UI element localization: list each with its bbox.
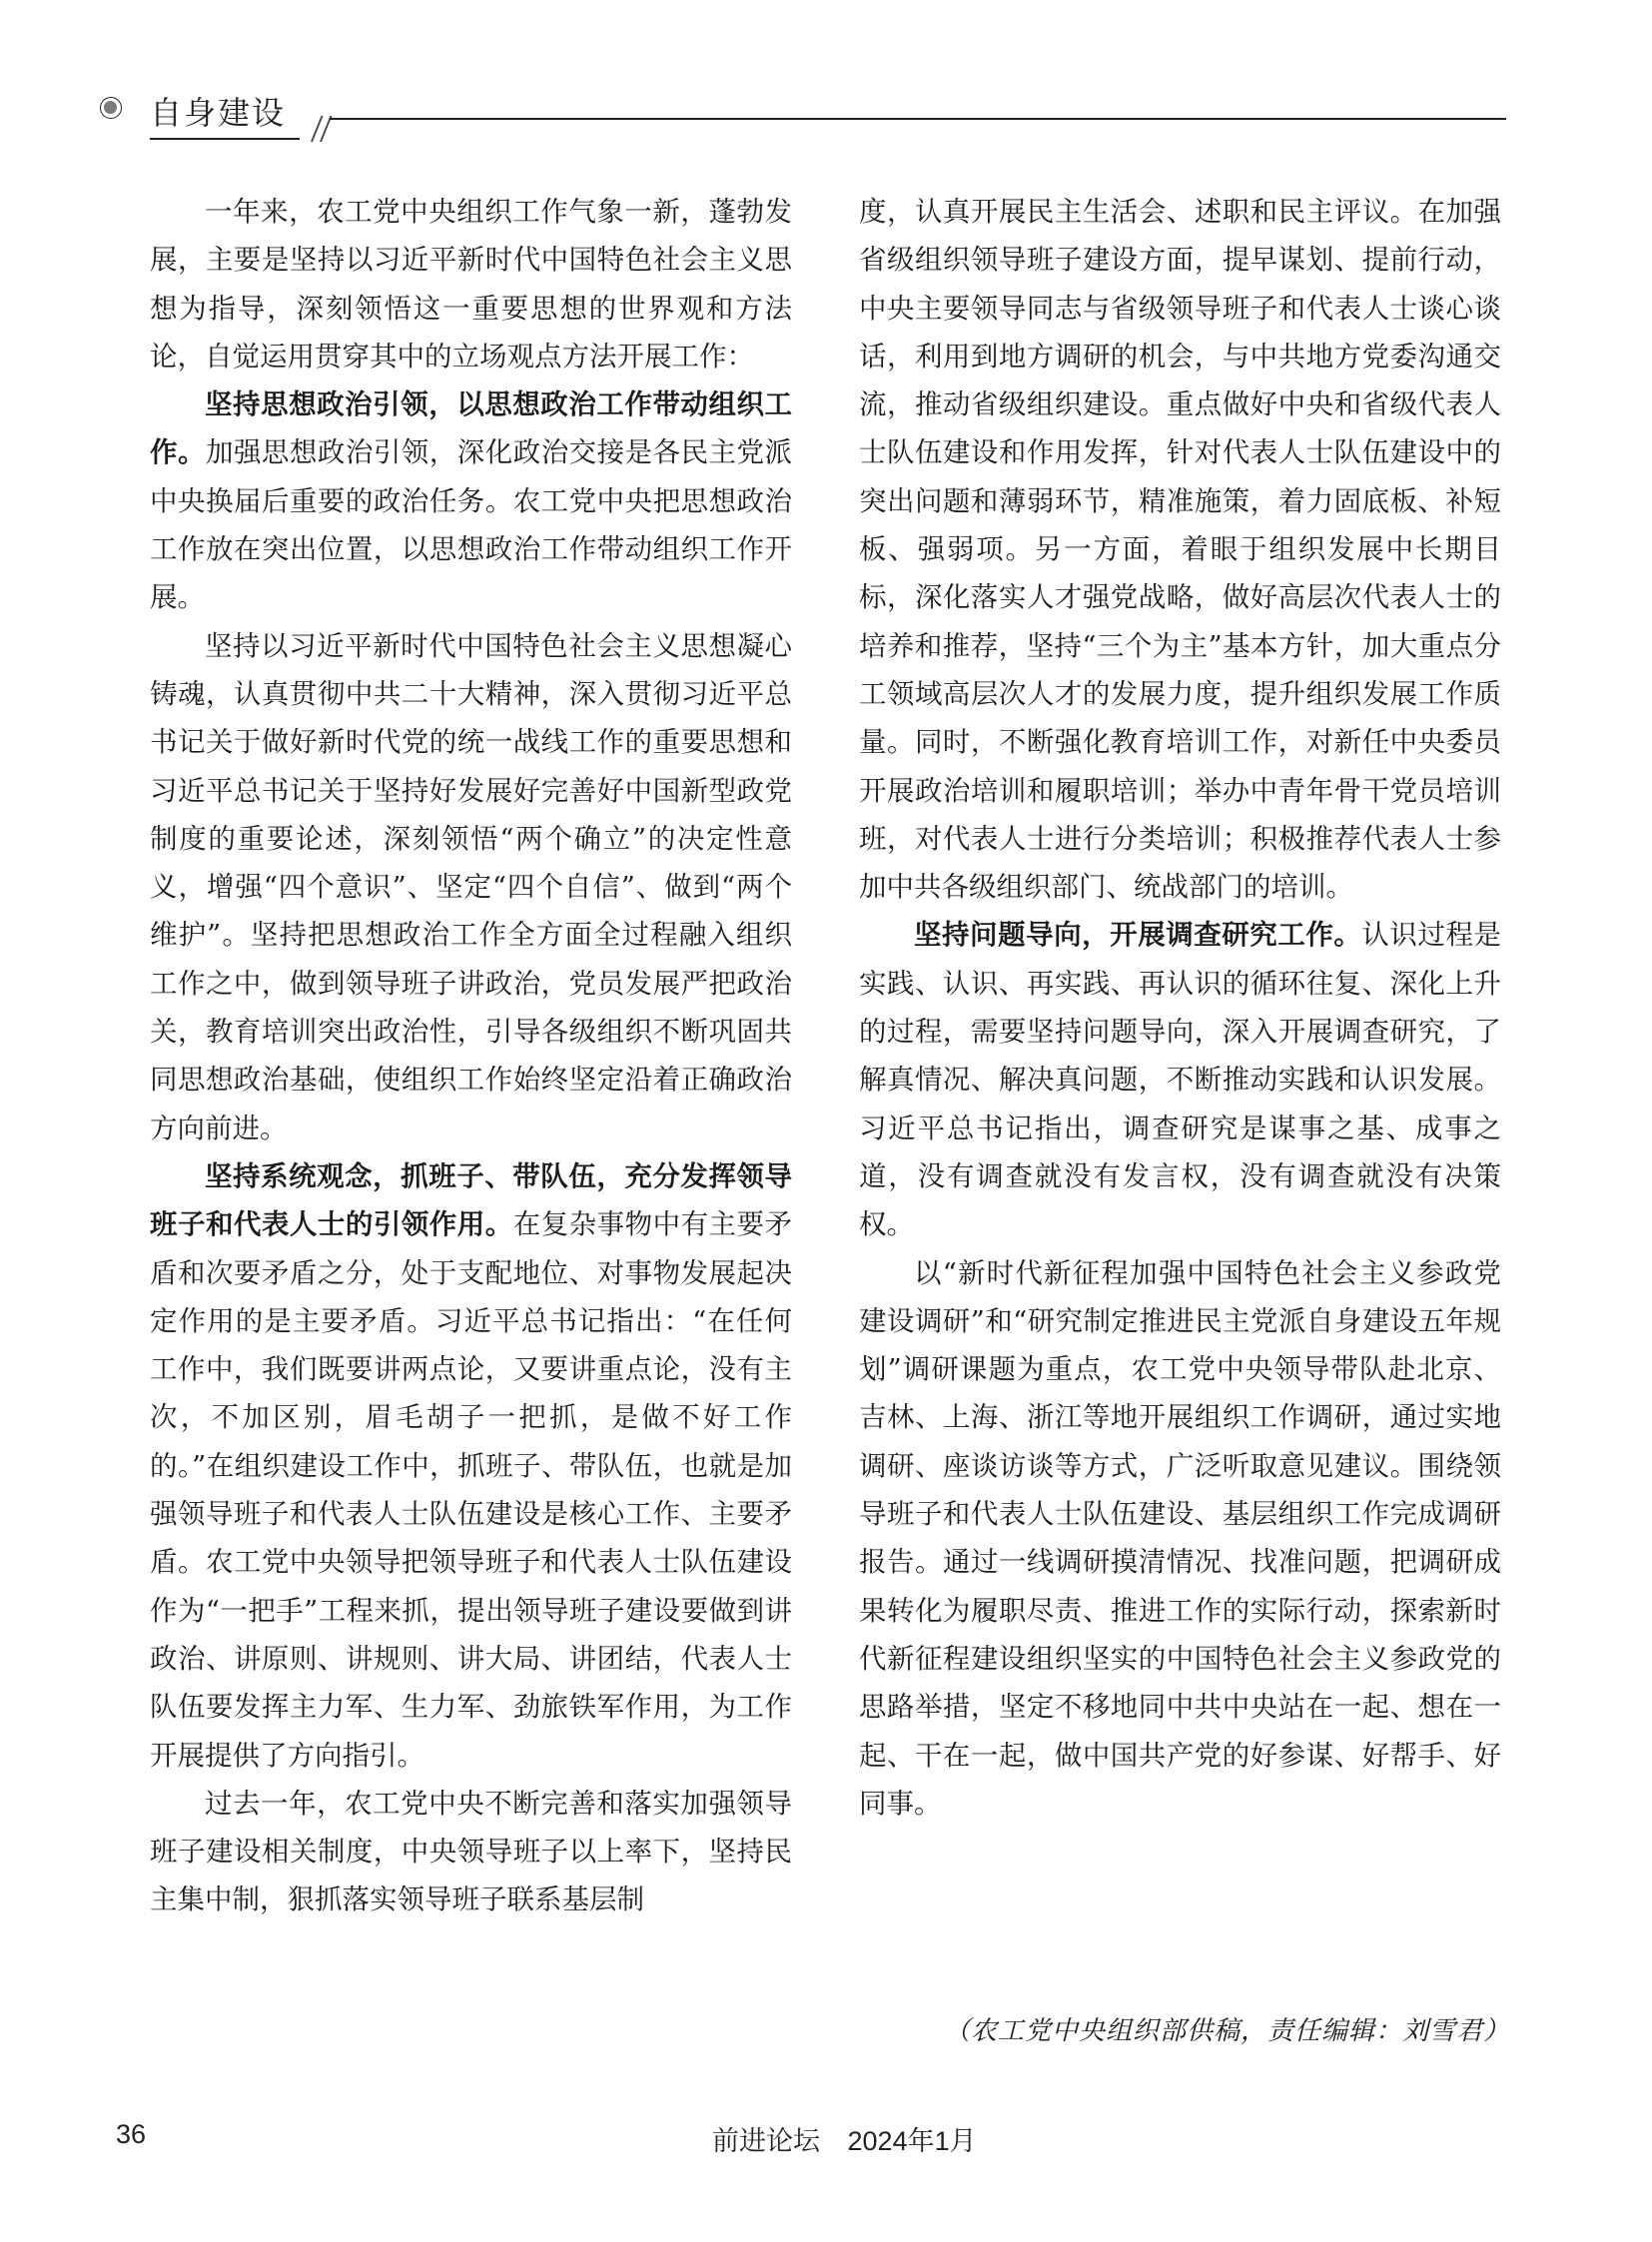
- paragraph-text: 以“新时代新征程加强中国特色社会主义参政党建设调研”和“研究制定推进民主党派自身…: [859, 1257, 1501, 1820]
- article-column-left: 一年来，农工党中央组织工作气象一新，蓬勃发展，主要是坚持以习近平新时代中国特色社…: [150, 188, 792, 1924]
- paragraph-text: 在复杂事物中有主要矛盾和次要矛盾之分，处于支配地位、对事物发展起决定作用的是主要…: [150, 1208, 792, 1771]
- paragraph: 坚持问题导向，开展调查研究工作。认识过程是实践、认识、再实践、再认识的循环往复、…: [859, 911, 1501, 1248]
- magazine-name: 前进论坛: [712, 2126, 820, 2156]
- article-column-right: 度，认真开展民主生活会、述职和民主评议。在加强省级组织领导班子建设方面，提早谋划…: [859, 188, 1501, 1828]
- page-number: 36: [116, 2119, 146, 2150]
- footer-publication: 前进论坛 2024年1月: [712, 2119, 977, 2158]
- paragraph: 度，认真开展民主生活会、述职和民主评议。在加强省级组织领导班子建设方面，提早谋划…: [859, 188, 1501, 911]
- page-header: 自身建设: [0, 0, 1652, 160]
- paragraph: 一年来，农工党中央组织工作气象一新，蓬勃发展，主要是坚持以习近平新时代中国特色社…: [150, 188, 792, 380]
- paragraph-text: 坚持以习近平新时代中国特色社会主义思想凝心铸魂，认真贯彻中共二十大精神，深入贯彻…: [150, 630, 792, 1144]
- paragraph-text: 一年来，农工党中央组织工作气象一新，蓬勃发展，主要是坚持以习近平新时代中国特色社…: [150, 196, 792, 373]
- paragraph: 坚持思想政治引领，以思想政治工作带动组织工作。加强思想政治引领，深化政治交接是各…: [150, 380, 792, 621]
- paragraph: 坚持以习近平新时代中国特色社会主义思想凝心铸魂，认真贯彻中共二十大精神，深入贯彻…: [150, 622, 792, 1152]
- section-title: 自身建设: [150, 88, 286, 134]
- paragraph-text: 度，认真开展民主生活会、述职和民主评议。在加强省级组织领导班子建设方面，提早谋划…: [859, 196, 1501, 903]
- paragraph-text: 过去一年，农工党中央不断完善和落实加强领导班子建设相关制度，中央领导班子以上率下…: [150, 1788, 792, 1916]
- section-bullet-icon: [100, 97, 122, 119]
- paragraph: 过去一年，农工党中央不断完善和落实加强领导班子建设相关制度，中央领导班子以上率下…: [150, 1780, 792, 1924]
- header-rule-long: [330, 118, 1506, 120]
- paragraph-text: 加强思想政治引领，深化政治交接是各民主党派中央换届后重要的政治任务。农工党中央把…: [150, 436, 792, 613]
- paragraph-lead: 坚持问题导向，开展调查研究工作。: [914, 919, 1361, 951]
- paragraph: 坚持系统观念，抓班子、带队伍，充分发挥领导班子和代表人士的引领作用。在复杂事物中…: [150, 1152, 792, 1780]
- paragraph: 以“新时代新征程加强中国特色社会主义参政党建设调研”和“研究制定推进民主党派自身…: [859, 1249, 1501, 1829]
- article-credit: （农工党中央组织部供稿，责任编辑：刘雪君）: [919, 2010, 1510, 2047]
- paragraph-text: 认识过程是实践、认识、再实践、再认识的循环往复、深化上升的过程，需要坚持问题导向…: [859, 919, 1501, 1240]
- header-rule-short: [150, 138, 300, 140]
- issue-date: 2024年1月: [848, 2126, 977, 2156]
